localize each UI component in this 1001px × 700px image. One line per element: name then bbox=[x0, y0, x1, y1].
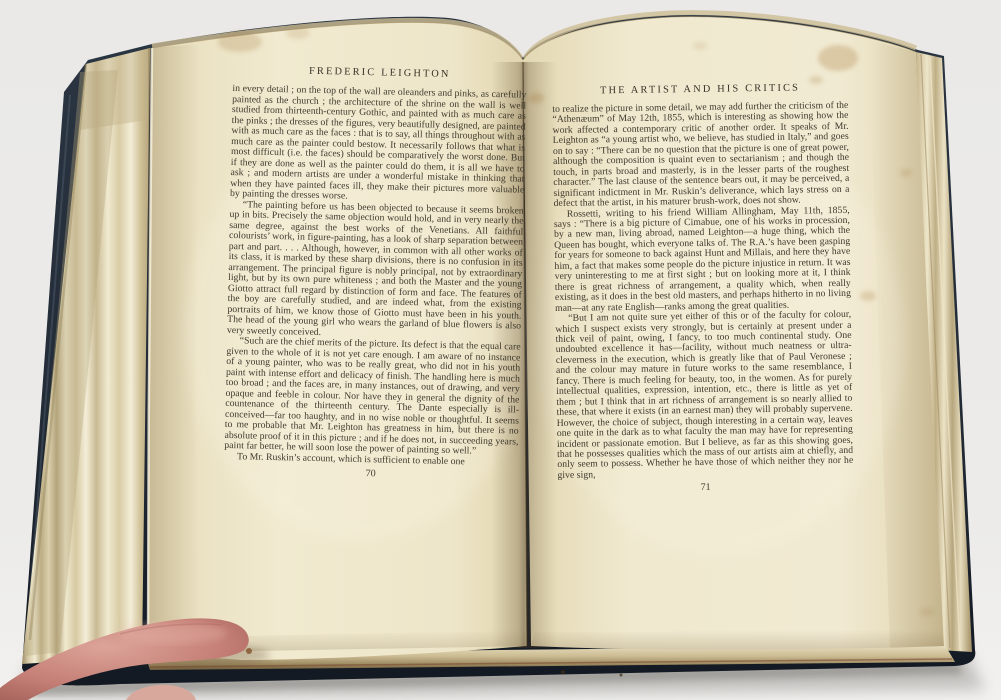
right-paragraph-1: to realize the picture in some detail, w… bbox=[552, 101, 849, 210]
book-photo-scene: FREDERIC LEIGHTON in every detail ; on t… bbox=[0, 0, 1001, 700]
right-paragraph-3: “But I am not quite sure yet either of t… bbox=[555, 310, 853, 481]
right-page-text: THE ARTIST AND HIS CRITICS to realize th… bbox=[552, 82, 854, 495]
left-paragraph-2: “The painting before us has been objecte… bbox=[227, 199, 524, 342]
left-paragraph-3: “Such are the chief merits of the pictur… bbox=[224, 336, 521, 458]
left-page-text: FREDERIC LEIGHTON in every detail ; on t… bbox=[224, 64, 527, 483]
right-paragraph-2: Rossetti, writing to his friend William … bbox=[554, 205, 851, 314]
left-paragraph-1: in every detail ; on the top of the wall… bbox=[230, 84, 527, 206]
